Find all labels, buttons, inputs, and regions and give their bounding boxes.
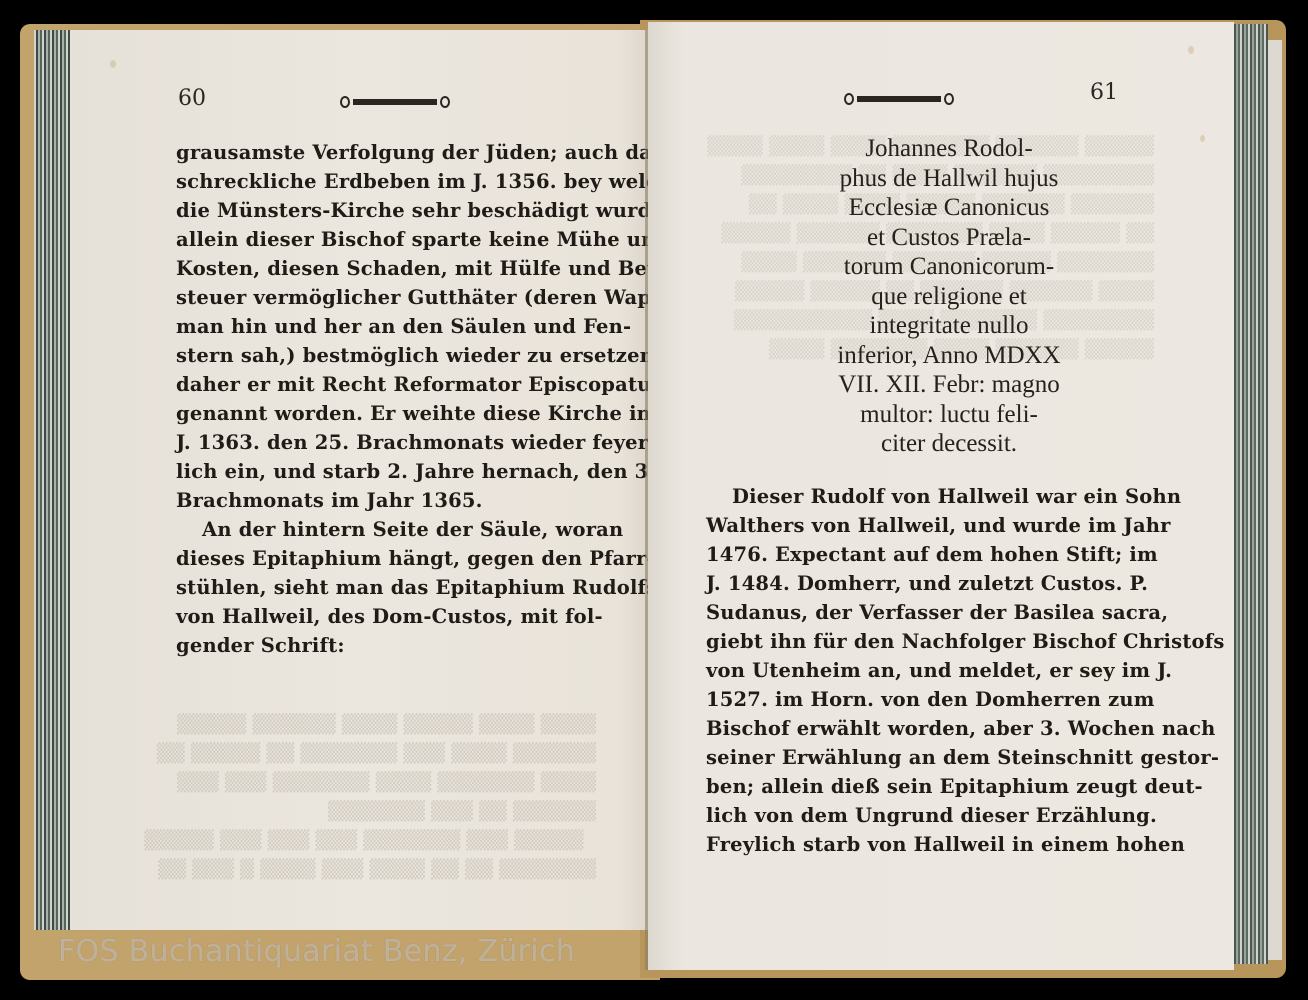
foxing-spot [1188,46,1194,54]
foxing-spot [110,60,116,68]
ornament-cap-icon [340,96,350,108]
left-page-text: grausamste Verfolgung der Jüden; auch da… [176,138,594,660]
text-line: Bischof erwählt worden, aber 3. Wochen n… [706,714,1138,743]
text-line: schreckliche Erdbeben im J. 1356. bey we… [176,167,594,196]
text-line: seiner Erwählung an dem Steinschnitt ges… [706,743,1138,772]
text-line: die Münsters-Kirche sehr beschädigt wurd… [176,196,594,225]
text-line: man hin und her an den Säulen und Fen- [176,312,594,341]
epitaph-line: VII. XII. Febr: magno [744,370,1154,400]
text-line: dieses Epitaphium hängt, gegen den Pfarr… [176,544,594,573]
text-line: J. 1363. den 25. Brachmonats wieder feye… [176,428,594,457]
text-line: J. 1484. Domherr, und zuletzt Custos. P. [706,569,1138,598]
text-line: 1527. im Horn. von den Domherren zum [706,685,1138,714]
text-line: von Hallweil, des Dom-Custos, mit fol- [176,602,594,631]
page-number-left: 60 [178,86,206,111]
text-line: Brachmonats im Jahr 1365. [176,486,594,515]
right-page: 61 ▒▒▒▒▒ ▒▒▒▒▒▒ ▒▒▒▒▒▒▒ ▒▒▒▒ ▒▒▒▒ ▒▒▒▒ ▒… [648,22,1234,970]
text-line: steuer vermöglicher Gutthäter (deren Wap… [176,283,594,312]
ornament-rule [857,96,941,102]
text-line: An der hintern Seite der Säule, woran [176,515,594,544]
ornament-cap-icon [944,93,954,105]
text-line: Freylich starb von Hallweil in einem hoh… [706,830,1138,859]
epitaph-line: Johannes Rodol- [744,134,1154,164]
epitaph-line: inferior, Anno MDXX [744,341,1154,371]
text-line: grausamste Verfolgung der Jüden; auch da… [176,138,594,167]
ornament-cap-icon [844,93,854,105]
header-ornament-right [844,94,954,104]
page-edges-left [34,30,74,930]
foxing-spot [1200,135,1205,142]
epitaph-line: citer decessit. [744,429,1154,459]
text-line: lich von dem Ungrund dieser Erzählung. [706,801,1138,830]
ornament-rule [353,99,437,105]
text-line: stern sah,) bestmöglich wieder zu ersetz… [176,341,594,370]
watermark-text: FOS Buchantiquariat Benz, Zürich [58,934,575,969]
epitaph-line: torum Canonicorum- [744,252,1154,282]
text-line: lich ein, und starb 2. Jahre hernach, de… [176,457,594,486]
epitaph-line: integritate nullo [744,311,1154,341]
text-line: von Utenheim an, und meldet, er sey im J… [706,656,1138,685]
text-line: Sudanus, der Verfasser der Basilea sacra… [706,598,1138,627]
text-line: 1476. Expectant auf dem hohen Stift; im [706,540,1138,569]
page-edges-right [1232,24,1268,964]
right-page-text: Dieser Rudolf von Hallweil war ein Sohn … [706,482,1138,859]
left-page: 60 grausamste Verfolgung der Jüden; auch… [70,30,648,930]
text-line: giebt ihn für den Nachfolger Bischof Chr… [706,627,1138,656]
epitaph-line: que religione et [744,282,1154,312]
text-line: Kosten, diesen Schaden, mit Hülfe und Be… [176,254,594,283]
show-through-text: ▒▒▒▒ ▒▒▒▒ ▒▒▒▒▒ ▒▒▒▒ ▒▒▒▒▒▒ ▒▒▒▒▒ ▒▒▒▒▒▒… [176,710,596,884]
epitaph-line: phus de Hallwil hujus [744,164,1154,194]
text-line: gender Schrift: [176,631,594,660]
text-line: ben; allein dieß sein Epitaphium zeugt d… [706,772,1138,801]
epitaph-inscription: Johannes Rodol- phus de Hallwil hujus Ec… [744,134,1154,459]
epitaph-line: Ecclesiæ Canonicus [744,193,1154,223]
page-number-right: 61 [1090,80,1118,105]
header-ornament-left [340,97,450,107]
ornament-cap-icon [440,96,450,108]
text-line: stühlen, sieht man das Epitaphium Rudolf… [176,573,594,602]
text-line: Walthers von Hallweil, und wurde im Jahr [706,511,1138,540]
text-line: genannt worden. Er weihte diese Kirche i… [176,399,594,428]
epitaph-line: multor: luctu feli- [744,400,1154,430]
text-line: daher er mit Recht Reformator Episcopatu… [176,370,594,399]
text-line: Dieser Rudolf von Hallweil war ein Sohn [706,482,1138,511]
text-line: allein dieser Bischof sparte keine Mühe … [176,225,594,254]
epitaph-line: et Custos Præla- [744,223,1154,253]
